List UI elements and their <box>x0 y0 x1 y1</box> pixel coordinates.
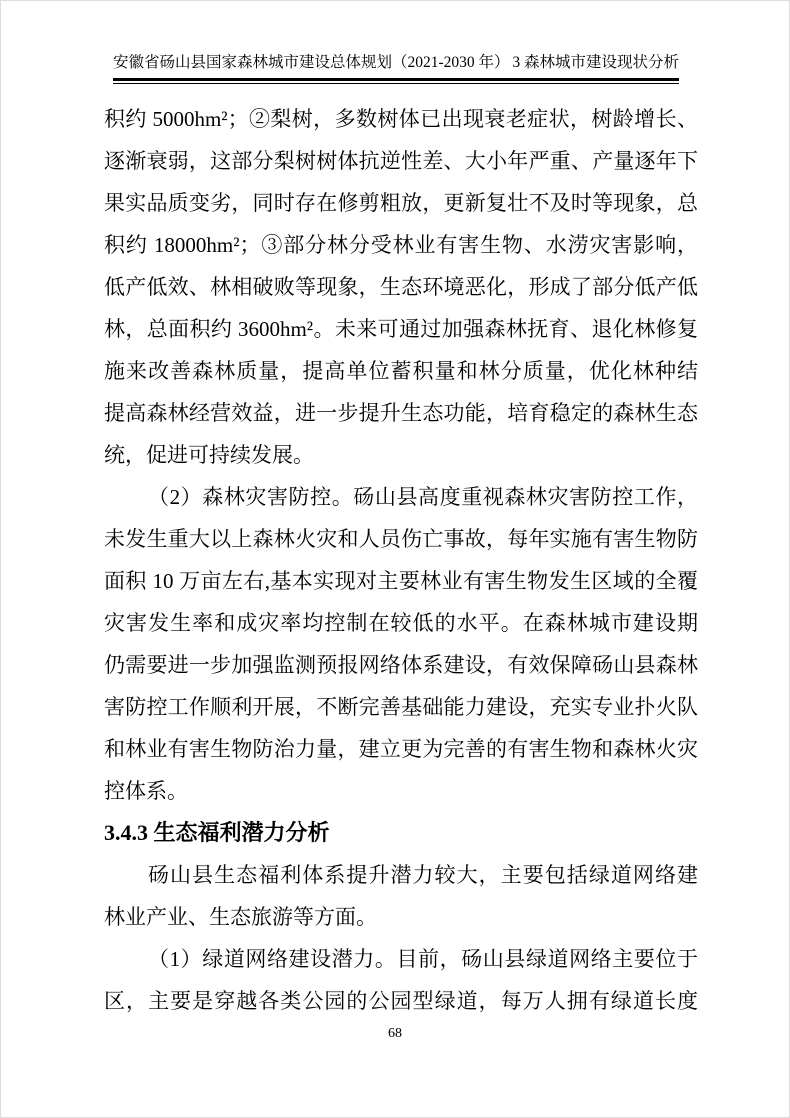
document-body: 积约 5000hm²；②梨树，多数树体已出现衰老症状，树龄增长、树势逐渐衰弱，这… <box>104 98 698 1022</box>
text-line: 林，总面积约 3600hm²。未来可通过加强森林抚育、退化林修复等措 <box>104 308 698 350</box>
page-header: 安徽省砀山县国家森林城市建设总体规划（2021-2030 年） 3 森林城市建设… <box>113 53 679 84</box>
text-line: （1）绿道网络建设潜力。目前，砀山县绿道网络主要位于城 <box>104 938 698 980</box>
text-line: 面积 10 万亩左右,基本实现对主要林业有害生物发生区域的全覆盖， <box>104 560 698 602</box>
header-divider <box>113 78 679 84</box>
paragraph: 砀山县生态福利体系提升潜力较大，主要包括绿道网络建设、林业产业、生态旅游等方面。 <box>104 854 698 938</box>
paragraph: （2）森林灾害防控。砀山县高度重视森林灾害防控工作，全县未发生重大以上森林火灾和… <box>104 476 698 812</box>
text-line: 提高森林经营效益，进一步提升生态功能，培育稳定的森林生态系 <box>104 392 698 434</box>
header-titles: 安徽省砀山县国家森林城市建设总体规划（2021-2030 年） 3 森林城市建设… <box>113 53 679 73</box>
text-line: 积约 18000hm²；③部分林分受林业有害生物、水涝灾害影响，引起 <box>104 224 698 266</box>
page-number: 68 <box>388 1026 402 1041</box>
text-line: 害防控工作顺利开展，不断完善基础能力建设，充实专业扑火队伍 <box>104 686 698 728</box>
text-line: 灾害发生率和成灾率均控制在较低的水平。在森林城市建设期间， <box>104 602 698 644</box>
section-heading: 3.4.3 生态福利潜力分析 <box>104 812 698 854</box>
header-right-title: 3 森林城市建设现状分析 <box>512 53 679 73</box>
page-footer: 68 <box>1 1025 789 1043</box>
text-line: 逐渐衰弱，这部分梨树树体抗逆性差、大小年严重、产量逐年下降、 <box>104 140 698 182</box>
text-line: 积约 5000hm²；②梨树，多数树体已出现衰老症状，树龄增长、树势 <box>104 98 698 140</box>
text-line: 砀山县生态福利体系提升潜力较大，主要包括绿道网络建设、 <box>104 854 698 896</box>
text-line: 低产低效、林相破败等现象，生态环境恶化，形成了部分低产低效 <box>104 266 698 308</box>
text-line: 和林业有害生物防治力量，建立更为完善的有害生物和森林火灾防 <box>104 728 698 770</box>
text-line: 果实品质变劣，同时存在修剪粗放，更新复壮不及时等现象，总面 <box>104 182 698 224</box>
text-line: 未发生重大以上森林火灾和人员伤亡事故，每年实施有害生物防治 <box>104 518 698 560</box>
text-line: 仍需要进一步加强监测预报网络体系建设，有效保障砀山县森林灾 <box>104 644 698 686</box>
paragraph: （1）绿道网络建设潜力。目前，砀山县绿道网络主要位于城区，主要是穿越各类公园的公… <box>104 938 698 1022</box>
paragraph: 积约 5000hm²；②梨树，多数树体已出现衰老症状，树龄增长、树势逐渐衰弱，这… <box>104 98 698 476</box>
text-line: 林业产业、生态旅游等方面。 <box>104 896 698 938</box>
text-line: 施来改善森林质量，提高单位蓄积量和林分质量，优化林种结构， <box>104 350 698 392</box>
text-line: 统，促进可持续发展。 <box>104 434 698 476</box>
text-line: 区，主要是穿越各类公园的公园型绿道，每万人拥有绿道长度 <box>104 980 698 1022</box>
text-line: 控体系。 <box>104 770 698 812</box>
document-page: 安徽省砀山县国家森林城市建设总体规划（2021-2030 年） 3 森林城市建设… <box>0 0 790 1118</box>
header-left-title: 安徽省砀山县国家森林城市建设总体规划（2021-2030 年） <box>113 53 510 73</box>
text-line: （2）森林灾害防控。砀山县高度重视森林灾害防控工作，全县 <box>104 476 698 518</box>
